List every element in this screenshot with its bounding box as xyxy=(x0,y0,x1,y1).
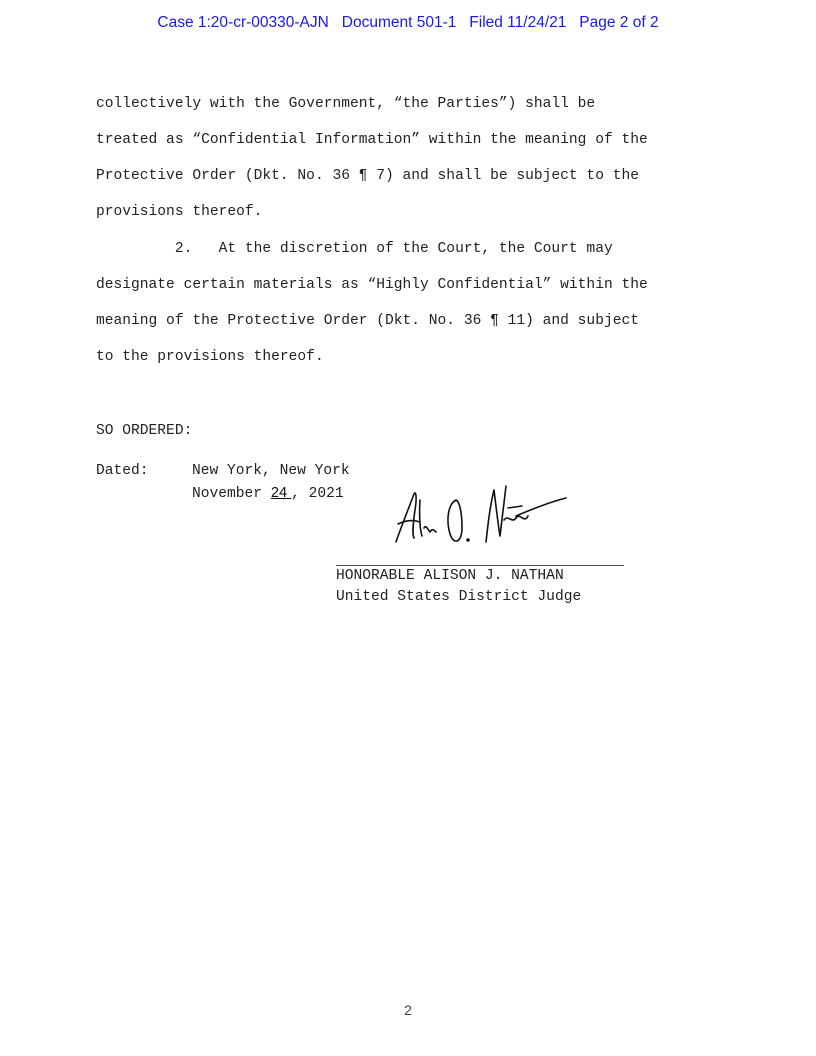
dated-label: Dated: xyxy=(96,463,149,479)
body-line: designate certain materials as “Highly C… xyxy=(96,277,648,293)
body-line: meaning of the Protective Order (Dkt. No… xyxy=(96,313,639,329)
page-number: 2 xyxy=(0,1002,816,1018)
judge-signature xyxy=(390,480,580,550)
body-line: collectively with the Government, “the P… xyxy=(96,96,595,112)
body-line: 2. At the discretion of the Court, the C… xyxy=(96,241,613,257)
judge-title: United States District Judge xyxy=(336,589,581,605)
date-month: November xyxy=(192,486,271,502)
dated-place: New York, New York xyxy=(192,463,350,479)
body-line: Protective Order (Dkt. No. 36 ¶ 7) and s… xyxy=(96,168,639,184)
signature-line xyxy=(336,565,624,566)
filed-date: Filed 11/24/21 xyxy=(469,14,566,31)
judge-name: HONORABLE ALISON J. NATHAN xyxy=(336,568,564,584)
filing-header: Case 1:20-cr-00330-AJN Document 501-1 Fi… xyxy=(0,14,816,32)
page-indicator: Page 2 of 2 xyxy=(579,14,658,31)
so-ordered-label: SO ORDERED: xyxy=(96,423,192,439)
body-line: provisions thereof. xyxy=(96,204,262,220)
date-year: , 2021 xyxy=(291,486,344,502)
dated-date: November 24 , 2021 xyxy=(192,485,344,502)
date-day: 24 xyxy=(271,485,291,501)
document-number: Document 501-1 xyxy=(342,14,457,31)
body-line: treated as “Confidential Information” wi… xyxy=(96,132,648,148)
body-line: to the provisions thereof. xyxy=(96,349,324,365)
case-number: Case 1:20-cr-00330-AJN xyxy=(157,14,328,31)
